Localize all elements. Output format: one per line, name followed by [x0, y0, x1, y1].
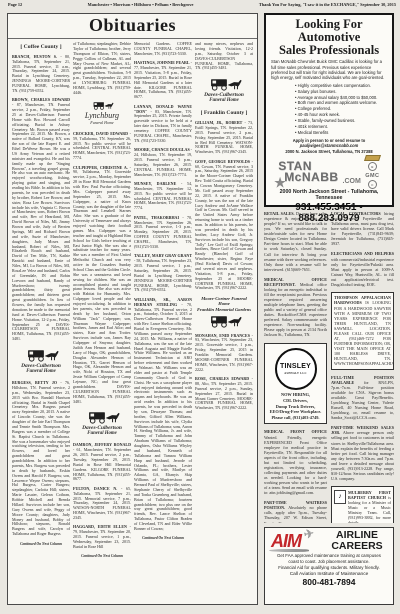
funeral-home-logo-daves: Daves-CulbertsonFuneral Home	[73, 409, 131, 437]
horse-carriage-icon	[201, 76, 247, 91]
obituary-name: MUNSEY, DARLENE	[134, 181, 176, 186]
obituary-name: MOORE, CHANCE DOUGLAS	[134, 147, 190, 152]
obituary-entry: WILLIAMS, SR., AARON HERMAN STERLING - 7…	[134, 298, 192, 532]
horse-carriage-icon	[18, 347, 64, 362]
classified-lead: THOMPSON APPALACHIAN HARDWOODS	[334, 295, 391, 305]
tinsley-subtitle: ASPHALT LLC	[284, 372, 307, 375]
horse-carriage-icon	[87, 100, 117, 110]
funeral-home-logo-daves: Daves-CulbertsonFuneral Home	[12, 347, 70, 375]
obituary-name: GILLIAM, JR., ROBERT	[195, 120, 242, 125]
chevrolet-bowtie-icon	[364, 155, 381, 161]
funeral-home-logo-daves: Daves-CulbertsonFuneral Home	[195, 76, 253, 104]
auto-sales-ad: Looking For AutomotiveSales Professional…	[264, 13, 394, 207]
auto-ad-bullets: Highly competitive sales compensation.Sa…	[271, 83, 387, 136]
classified-lead: FULL-TIME POSITION AVAILABLE	[331, 375, 394, 385]
obituary-entry: BURGESS, BETTY JO - 76, Hillsboro, TN. F…	[12, 381, 70, 537]
classified-ad: LOCAL CONTRACTORS hiring ground men, Fay…	[331, 211, 394, 246]
obituary-entry: HASTINGS, JOHNNIE PEARL - 77, Manchester…	[134, 61, 192, 100]
obituary-name: BRANCH, HUSTON S.	[12, 54, 57, 59]
mulberry-church-ad: ♪MULBERRY FIRST BAPTIST CHURCH is lookin…	[331, 486, 394, 523]
auto-ad-apply: Apply in person to or send resume to pau…	[271, 138, 387, 155]
obituary-entry: GILLIAM, JR., ROBERT - 73, Estill Spring…	[195, 121, 253, 155]
obituary-name: ROSE, CHARLES EDWARD	[195, 376, 249, 381]
obituary-entry: CROCKER, DAVID EDWARD - 59, Tullahoma, T…	[73, 132, 131, 161]
obituary-entry: DAMRON, JEFFERY RONALD - 61, Manchester,…	[73, 443, 131, 482]
header-slogan: Thank You For Saying, "I saw it in the E…	[259, 2, 396, 7]
classified-ad-text: THOMPSON APPALACHIAN HARDWOODS IS LOOKIN…	[334, 295, 391, 366]
page-number: Page 12	[8, 2, 22, 7]
logo-text-line: Franklin Memorial Gardens	[195, 307, 253, 313]
obituary-entry: MONAHAN, ENID FRANCES - 93, Winchester, …	[195, 334, 253, 373]
aim-logo: AIM ✈	[269, 530, 309, 552]
gmc-emblem: GMC	[365, 173, 379, 179]
auto-ad-body: Stan McNabb Chevrolet Buick GMC Cadillac…	[271, 59, 387, 81]
obituary-name: BURGESS, BETTY JO	[12, 380, 57, 385]
brand-emblems: B GMC C	[365, 155, 380, 190]
logo-text-line: Daves-Culbertson	[195, 92, 253, 99]
classified-ad: MEDICAL FRONT OFFICE Wanted. Friendly, e…	[264, 429, 327, 495]
airline-careers-headline: AIRLINE CAREERS	[325, 530, 389, 551]
aim-body-lines: Get FAA approved maintenance training at…	[269, 553, 389, 571]
aim-phone: 800-481-7894	[269, 577, 389, 587]
county-header: [ Coffee County ]	[12, 44, 70, 51]
classified-lead: MEDICAL FRONT OFFICE	[264, 429, 327, 434]
obituary-entry: FULTON, DANICE N. - 65, Tullahoma, TN. S…	[73, 487, 131, 521]
tinsley-name: TINSLEY	[280, 363, 311, 372]
funeral-home-logo-lynchburg: LynchburgFuneral Home	[73, 100, 131, 126]
horse-carriage-icon	[201, 313, 247, 328]
obituary-entry: BROWN, CHARLES EDWARD - 87, Manchester, …	[12, 98, 70, 342]
classified-lead: MULBERRY FIRST BAPTIST CHURCH	[348, 490, 391, 500]
logo-text-line: Funeral Home	[195, 98, 253, 104]
bullet-item: Medical Benefits	[295, 130, 387, 136]
obituary-name: GOFF, GEORGE REYNOLDS	[195, 159, 250, 164]
obituary-name: CULPEPPER, CHRISTINE A.	[73, 165, 128, 170]
obituary-name: FULTON, DANICE N.	[73, 486, 117, 491]
classifieds-column-left: RETAIL SALES. Do you have sales experien…	[264, 211, 327, 523]
header-cities: Manchester • Morrison • Hillsboro • Pelh…	[22, 2, 259, 7]
classified-ad: MEDICAL OFFICE RECEPTIONIST. Medical off…	[264, 277, 327, 338]
obituary-name: HAGGARD, EDITH ELLEN	[73, 524, 127, 529]
funeral-home-logo-moore: Moore-Cortner Funeral HomeFranklin Memor…	[195, 296, 253, 328]
logo-text-line: Funeral Home	[73, 121, 131, 126]
swoosh-decoration	[269, 549, 309, 552]
obituary-name: LANNAN, DONALD WAYNE "DON"	[134, 104, 192, 114]
obituaries-title: Obituaries	[8, 15, 257, 39]
obituary-name: MONAHAN, ENID FRANCES	[195, 333, 250, 338]
tinsley-hiring-text: NOW HIRING,CDL Drivers,Dump Truck Driver…	[267, 392, 324, 421]
classified-ad: RETAIL SALES. Do you have sales experien…	[264, 211, 327, 272]
logo-text-line: Funeral Home	[12, 369, 70, 375]
classifieds-section: RETAIL SALES. Do you have sales experien…	[264, 211, 394, 523]
obituary-entry: PATEL, THAKORBHAI - 70, Manchester, TN. …	[134, 216, 192, 250]
classified-lead: LOCAL CONTRACTORS	[331, 211, 381, 216]
cadillac-emblem-icon: C	[368, 180, 377, 189]
obituary-entry: TALLEY, MARY GRAY GRANT - 58, Tullahoma,…	[134, 254, 192, 293]
logo-text-line: Daves-Culbertson	[73, 425, 131, 432]
auto-ad-address: 2000 North Jackson Street - Tullahoma, T…	[271, 189, 387, 201]
obituary-entry: MOORE, CHANCE DOUGLAS - 24, Hillsboro, T…	[134, 148, 192, 177]
continued-marker: Continued On Next Column	[134, 536, 192, 540]
classified-lead: RETAIL SALES.	[264, 211, 295, 216]
obituary-entry: and many nieces, nephews and loving frie…	[195, 42, 253, 71]
obituary-entry: Memorial Gardens. COFFEE COUNTY FUNERAL …	[134, 42, 192, 57]
airline-careers-ad: AIM ✈ AIRLINE CAREERS Get FAA approved m…	[264, 527, 394, 605]
horse-carriage-icon	[79, 409, 125, 424]
classified-ad: PART-TIME WEEKEND SALES JOB. Above avera…	[331, 425, 394, 481]
obituary-name: DAMRON, JEFFERY RONALD	[73, 442, 131, 447]
obituary-entry: LANNAN, DONALD WAYNE "DON" - 83, Manches…	[134, 105, 192, 144]
obituary-column-1: [ Coffee County ]BRANCH, HUSTON S. - 80,…	[12, 42, 70, 597]
aim-body-line: Financial Aid for qualifying students. M…	[269, 565, 389, 571]
buick-emblem-icon: B	[368, 162, 377, 171]
obituary-columns: [ Coffee County ]BRANCH, HUSTON S. - 80,…	[8, 39, 257, 599]
continued-marker: Continued On Next Column	[12, 542, 70, 546]
classifieds-column-right: LOCAL CONTRACTORS hiring ground men, Fay…	[331, 211, 394, 523]
obituary-name: CROCKER, DAVID EDWARD	[73, 131, 128, 136]
obituary-column-2: of Tullahoma; stepdaughter, Debbie Taylo…	[73, 42, 131, 597]
airplane-icon: ✈	[303, 527, 314, 541]
obituary-entry: of Tullahoma; stepdaughter, Debbie Taylo…	[73, 42, 131, 96]
obituary-entry: HAGGARD, EDITH ELLEN - 79, Manchester, T…	[73, 525, 131, 549]
star-icon: ★	[274, 177, 286, 189]
obituary-column-4: and many nieces, nephews and loving frie…	[195, 42, 253, 597]
obituary-name: HASTINGS, JOHNNIE PEARL	[134, 60, 190, 65]
classified-lead: ELECTRICIANS AND HELPERS	[331, 251, 394, 256]
classified-boxed-ad: THOMPSON APPALACHIAN HARDWOODS IS LOOKIN…	[331, 292, 394, 370]
obituary-name: TALLEY, MARY GRAY GRANT	[134, 253, 192, 258]
tinsley-logo: TINSLEYASPHALT LLC	[275, 348, 317, 390]
obituary-name: BROWN, CHARLES EDWARD	[12, 97, 70, 102]
tinsley-asphalt-ad: TINSLEYASPHALT LLCNOW HIRING,CDL Drivers…	[264, 343, 327, 425]
obituaries-section: Obituaries [ Coffee County ]BRANCH, HUST…	[7, 13, 258, 605]
obituary-name: PATEL, THAKORBHAI	[134, 215, 179, 220]
obituary-entry: CULPEPPER, CHRISTINE A. - 90, Tullahoma,…	[73, 166, 131, 405]
logo-text-line: Funeral Home	[73, 431, 131, 437]
logo-text-line: Moore-Cortner Funeral Home	[195, 296, 253, 307]
page-header: Page 12 Manchester • Morrison • Hillsbor…	[8, 2, 396, 7]
obituary-name: WILLIAMS, SR., AARON HERMAN STERLING	[134, 297, 192, 307]
classified-ad: PART-TIME WAITRESS POSITION. Absolutely …	[264, 500, 327, 523]
classified-ad: FULL-TIME POSITION AVAILABLE for RN/LPN,…	[331, 375, 394, 421]
auto-ad-title: Looking For AutomotiveSales Professional…	[271, 18, 387, 56]
classified-ad: ELECTRICIANS AND HELPERS with commercial…	[331, 251, 394, 286]
classified-lead: PART-TIME WAITRESS POSITION.	[264, 500, 327, 510]
county-header: [ Franklin County ]	[195, 110, 253, 117]
obituary-entry: ROSE, CHARLES EDWARD - 88, Alto, TN. Sep…	[195, 377, 253, 411]
logo-com-suffix: .COM	[343, 178, 361, 185]
obituary-entry: BRANCH, HUSTON S. - 80, Tullahoma, TN, S…	[12, 55, 70, 94]
obituary-column-3: Memorial Gardens. COFFEE COUNTY FUNERAL …	[134, 42, 192, 597]
music-note-icon: ♪	[334, 490, 346, 504]
classified-lead: PART-TIME WEEKEND SALES JOB.	[331, 425, 394, 435]
classified-ad-text: MULBERRY FIRST BAPTIST CHURCH is looking…	[348, 490, 391, 524]
stan-mcnabb-logo: ★ STAN McNABB .COM B GMC C	[271, 157, 387, 187]
continued-marker: Continued On Next Column	[73, 554, 131, 558]
obituary-entry: GOFF, GEORGE REYNOLDS - 60, Cowan, TN. F…	[195, 160, 253, 292]
obituary-entry: MUNSEY, DARLENE - 54, Manchester, TN. Se…	[134, 182, 192, 211]
logo-text-line: Daves-Culbertson	[12, 363, 70, 370]
classified-lead: MEDICAL OFFICE RECEPTIONIST.	[264, 277, 327, 287]
tinsley-line: Please call, (931)403-4749.	[267, 415, 324, 421]
